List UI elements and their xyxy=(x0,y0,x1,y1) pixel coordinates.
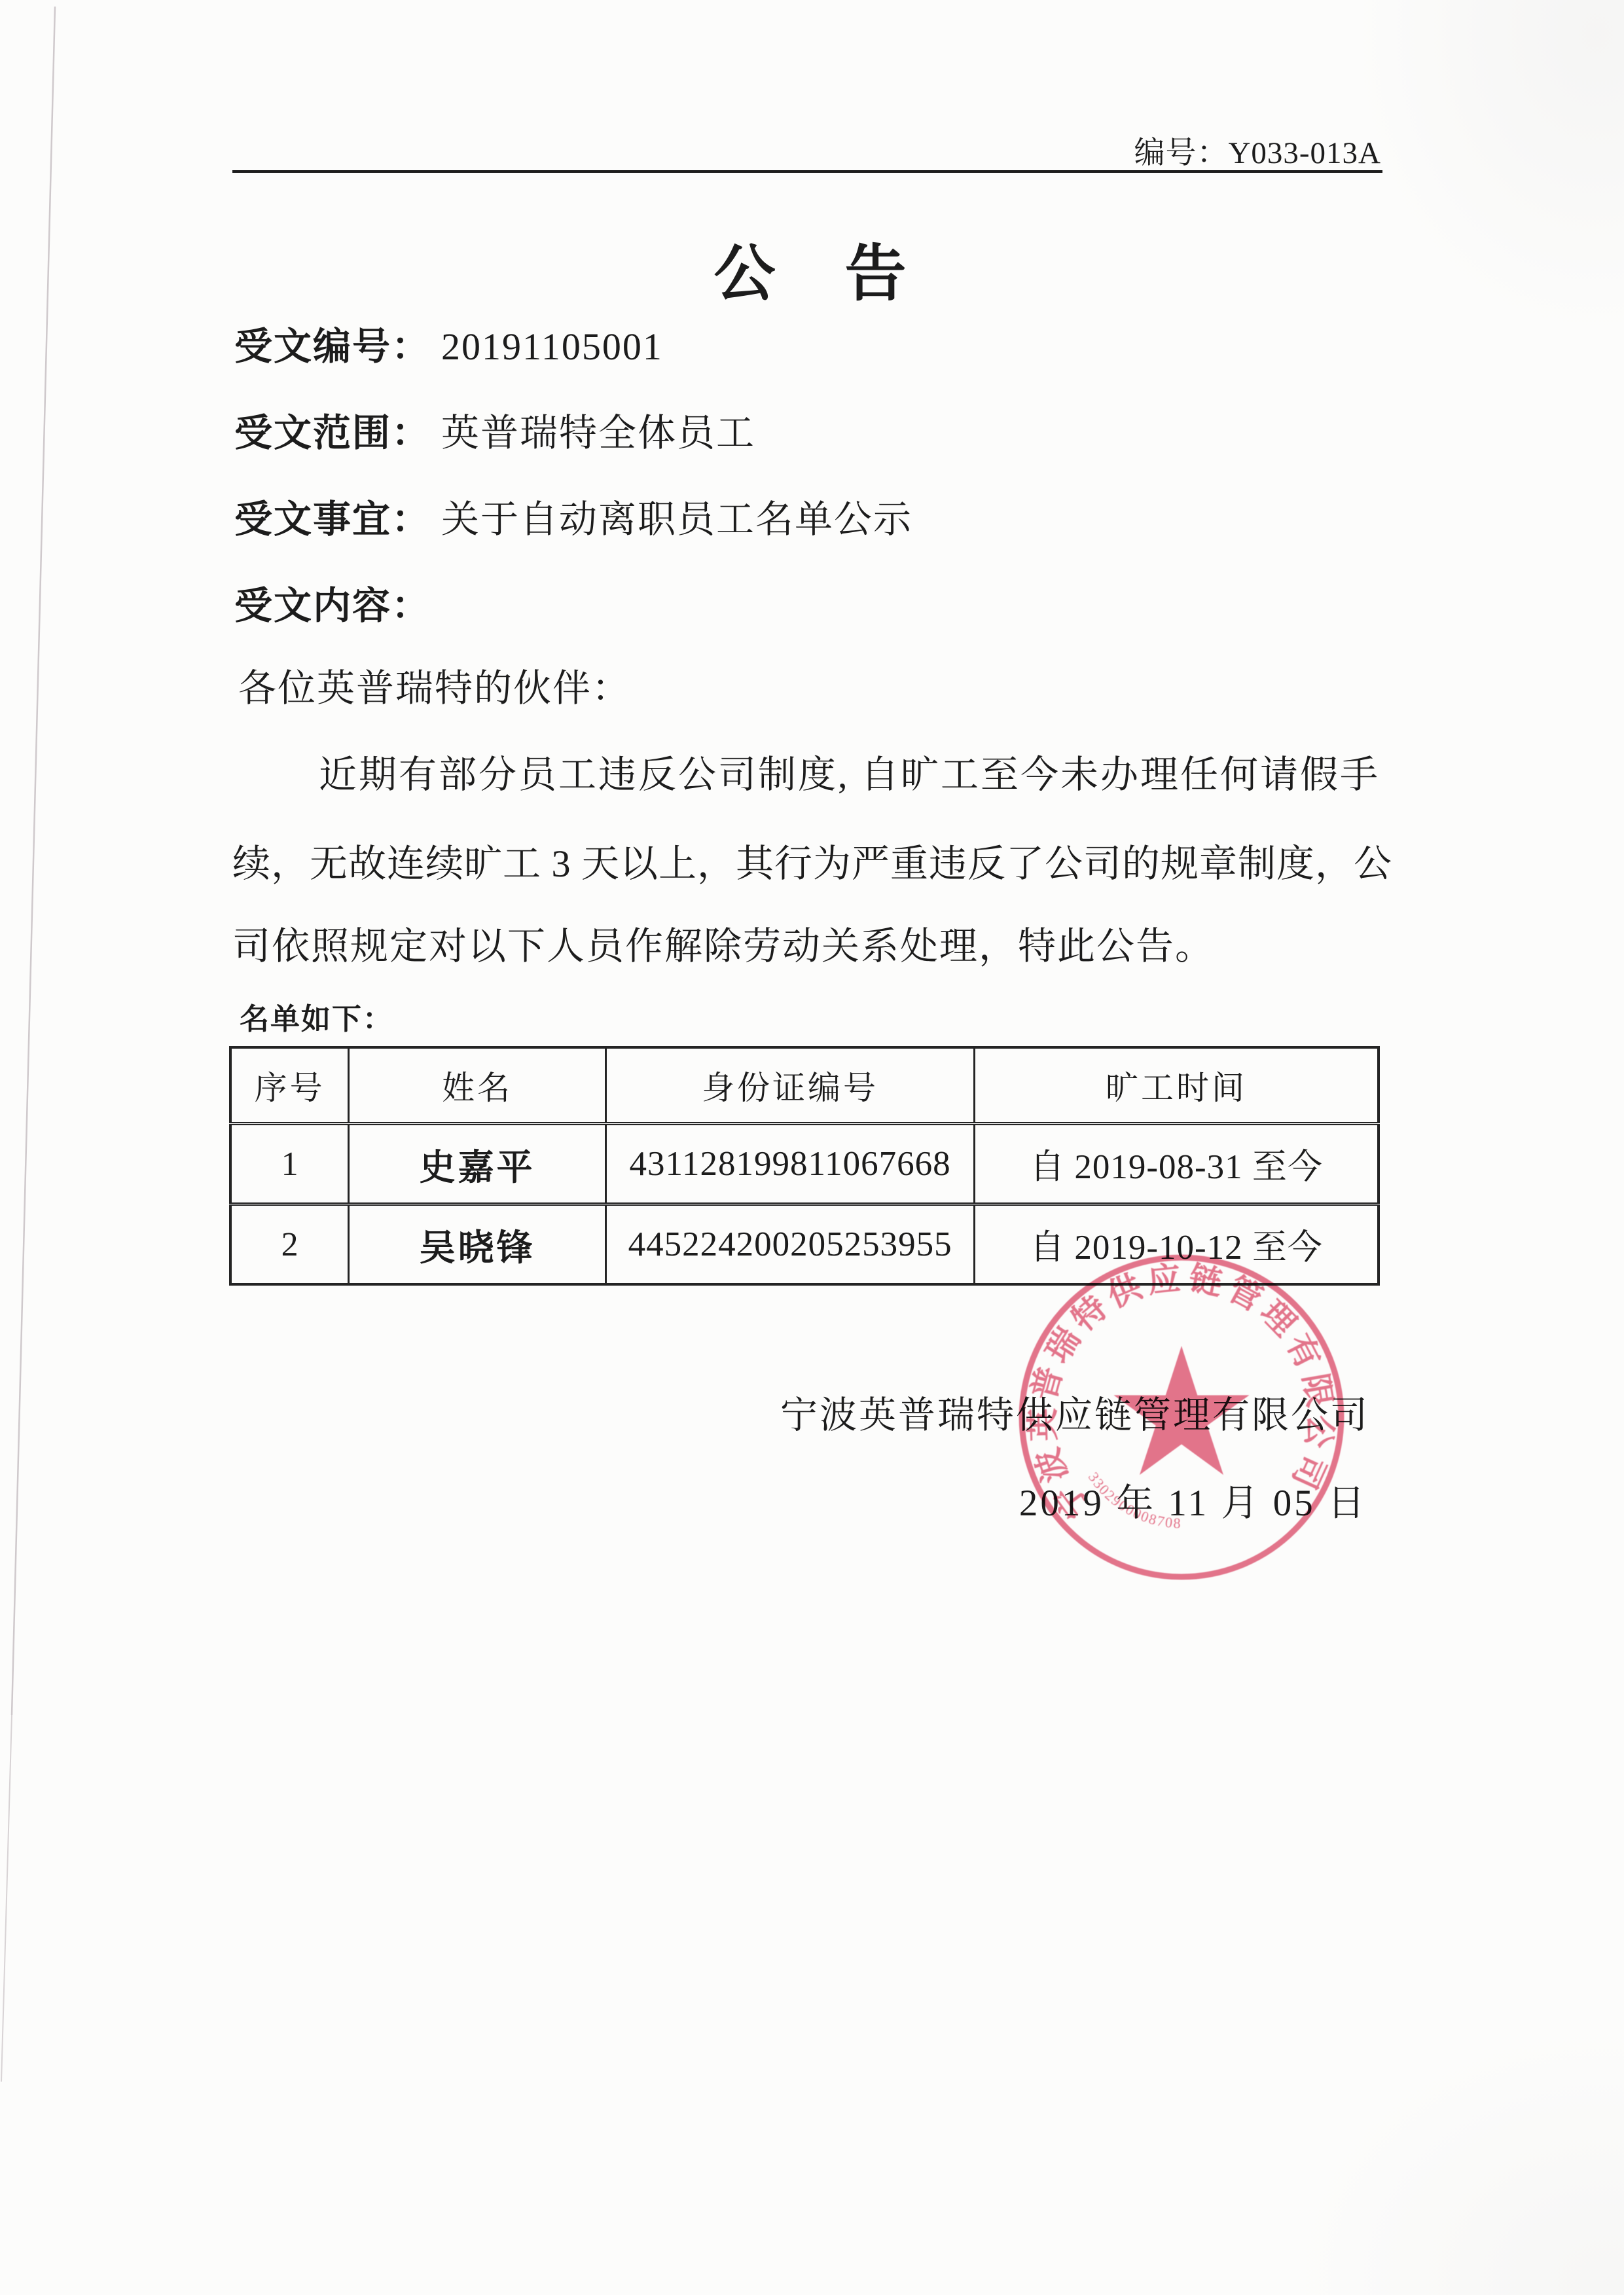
cell-id-number: 431128199811067668 xyxy=(606,1124,975,1204)
stamp-number-text: 3302900008708 xyxy=(1085,1469,1182,1531)
stamp-star-icon xyxy=(1113,1346,1249,1475)
field-label: 受文事宜： xyxy=(234,498,431,541)
cell-index: 1 xyxy=(230,1124,349,1204)
stamp-graphic: 宁波英普瑞特供应链管理有限公司 3302900008708 xyxy=(1013,1249,1350,1585)
field-value: 20191105001 xyxy=(441,325,663,368)
cell-name: 史嘉平 xyxy=(349,1124,606,1204)
field-row-scope: 受文范围：英普瑞特全体员工 xyxy=(234,402,755,457)
doc-number: 编号：Y033-013A xyxy=(1134,128,1381,172)
paragraph-line-3: 司依照规定对以下人员作解除劳动关系处理，特此公告。 xyxy=(232,915,1384,970)
table-header-row: 序号 姓名 身份证编号 旷工时间 xyxy=(230,1047,1379,1124)
cell-id-number: 445224200205253955 xyxy=(606,1204,975,1285)
list-intro: 名单如下： xyxy=(240,995,393,1038)
field-value: 关于自动离职员工名单公示 xyxy=(441,498,912,541)
field-label: 受文范围： xyxy=(234,412,431,454)
page-title: 公 告 xyxy=(0,224,1624,312)
field-label: 受文内容： xyxy=(234,585,431,627)
salutation-line: 各位英普瑞特的伙伴： xyxy=(238,657,631,712)
svg-text:3302900008708: 3302900008708 xyxy=(1085,1469,1182,1531)
table-header-index: 序号 xyxy=(230,1047,349,1124)
doc-number-label: 编号： xyxy=(1134,136,1228,170)
field-row-doc-no: 受文编号：20191105001 xyxy=(234,316,663,370)
table-row: 1 史嘉平 431128199811067668 自 2019-08-31 至今 xyxy=(230,1124,1379,1204)
field-label: 受文编号： xyxy=(234,325,431,368)
scan-shading-bottom-right xyxy=(1284,2020,1624,2295)
field-row-content: 受文内容： xyxy=(234,575,441,630)
document-page: 编号：Y033-013A 公 告 受文编号：20191105001 受文范围：英… xyxy=(0,0,1624,2295)
paragraph-line-1: 近期有部分员工违反公司制度, 自旷工至今未办理任何请假手 xyxy=(232,744,1384,799)
cell-absence-period: 自 2019-08-31 至今 xyxy=(975,1124,1379,1204)
cell-index: 2 xyxy=(230,1204,349,1285)
field-value: 英普瑞特全体员工 xyxy=(441,412,755,454)
field-row-subject: 受文事宜：关于自动离职员工名单公示 xyxy=(234,488,912,543)
table-header-absence: 旷工时间 xyxy=(975,1047,1379,1124)
table-header-id: 身份证编号 xyxy=(606,1047,975,1124)
cell-name: 吴晓锋 xyxy=(349,1204,606,1285)
paragraph-line-2: 续，无故连续旷工 3 天以上，其行为严重违反了公司的规章制度，公 xyxy=(232,833,1384,888)
table-header-name: 姓名 xyxy=(349,1047,606,1124)
header-rule xyxy=(232,170,1382,173)
doc-number-value: Y033-013A xyxy=(1228,136,1381,170)
paper-edge-line-lower xyxy=(1,1715,12,2082)
company-seal-stamp: 宁波英普瑞特供应链管理有限公司 3302900008708 xyxy=(1013,1249,1350,1585)
